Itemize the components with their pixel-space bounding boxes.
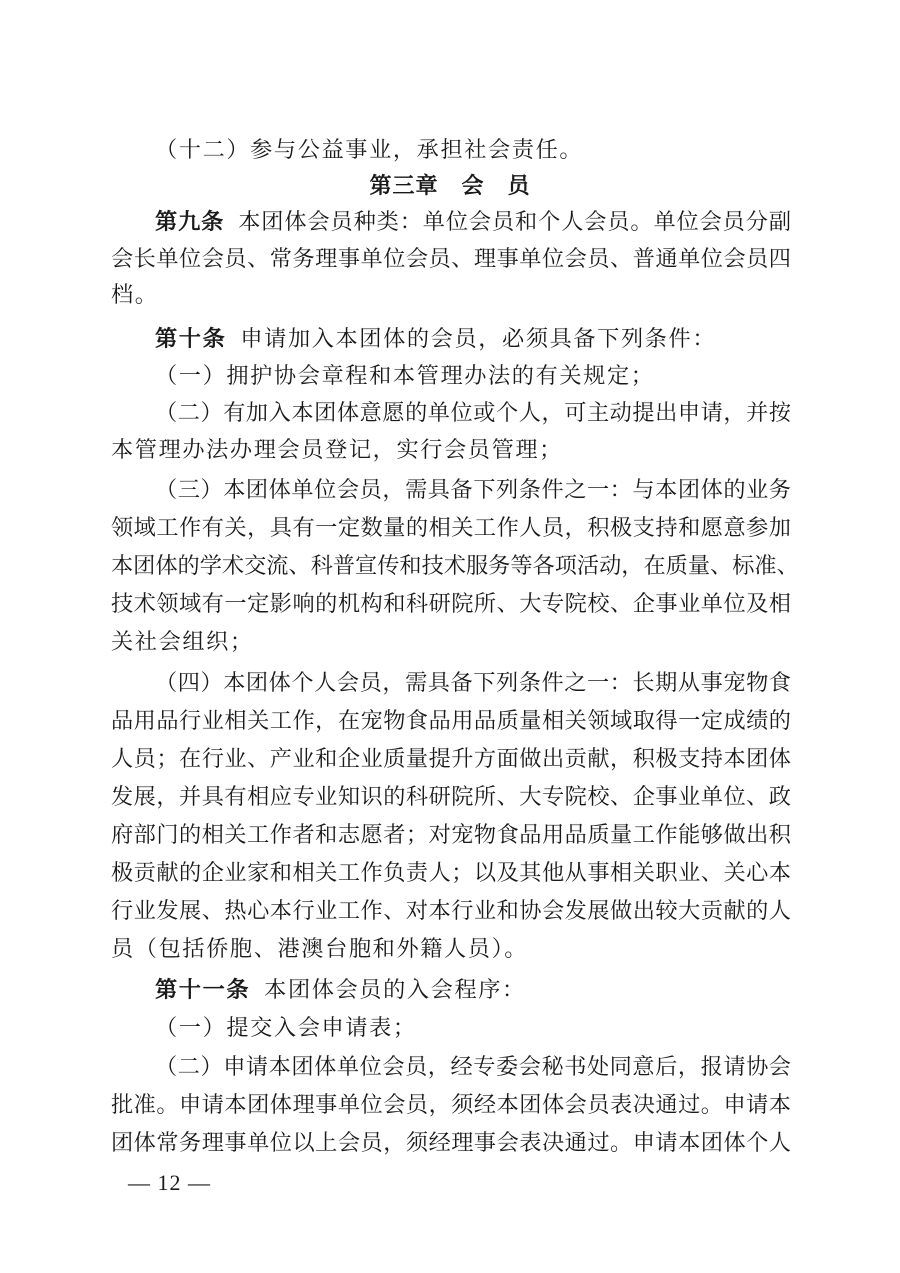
paragraph-line: 技术领域有一定影响的机构和科研院所、大专院校、企事业单位及相 [111, 586, 791, 622]
paragraph-line: 极贡献的企业家和相关工作负责人；以及其他从事相关职业、关心本 [111, 855, 791, 891]
paragraph-line: （一）提交入会申请表； [155, 1010, 791, 1046]
paragraph-line: （一）拥护协会章程和本管理办法的有关规定； [155, 358, 791, 394]
paragraph-line: 行业发展、热心本行业工作、对本行业和协会发展做出较大贡献的人 [111, 893, 791, 929]
paragraph-line: 领域工作有关，具有一定数量的相关工作人员，积极支持和愿意参加 [111, 510, 791, 546]
paragraph-line: 批准。申请本团体理事单位会员，须经本团体会员表决通过。申请本 [111, 1087, 791, 1123]
paragraph-line: 关社会组织； [111, 624, 791, 660]
paragraph-line: 发展，并具有相应专业知识的科研院所、大专院校、企事业单位、政 [111, 779, 791, 815]
paragraph-line: 团体常务理事单位以上会员，须经理事会表决通过。申请本团体个人 [111, 1125, 791, 1161]
paragraph-line: （十二）参与公益事业，承担社会责任。 [155, 132, 791, 168]
article-label: 第十一条 [155, 977, 250, 1003]
paragraph-line: 本团体的学术交流、科普宣传和技术服务等各项活动，在质量、标准、 [111, 548, 791, 584]
paragraph-line: （二）有加入本团体意愿的单位或个人，可主动提出申请，并按 [155, 395, 791, 431]
chapter-heading: 第三章 会 员 [0, 169, 900, 205]
paragraph-line: 府部门的相关工作者和志愿者；对宠物食品用品质量工作能够做出积 [111, 817, 791, 853]
article-11-line: 第十一条本团体会员的入会程序： [155, 972, 791, 1008]
paragraph-line: 品用品行业相关工作，在宠物食品用品质量相关领域取得一定成绩的 [111, 703, 791, 739]
article-label: 第十条 [155, 326, 226, 352]
paragraph-line: 人员；在行业、产业和企业质量提升方面做出贡献，积极支持本团体 [111, 741, 791, 777]
paragraph-line: 档。 [111, 277, 791, 313]
article-9-line: 第九条本团体会员种类：单位会员和个人会员。单位会员分副 [155, 204, 791, 240]
paragraph-line: 本管理办法办理会员登记，实行会员管理； [111, 432, 791, 468]
paragraph-line: （四）本团体个人会员，需具备下列条件之一：长期从事宠物食 [155, 665, 791, 701]
paragraph-line: （二）申请本团体单位会员，经专委会秘书处同意后，报请协会 [155, 1049, 791, 1085]
article-label: 第九条 [155, 209, 224, 235]
paragraph-line: （三）本团体单位会员，需具备下列条件之一：与本团体的业务 [155, 472, 791, 508]
paragraph-line: 员（包括侨胞、港澳台胞和外籍人员）。 [111, 931, 791, 967]
paragraph-line: 会长单位会员、常务理事单位会员、理事单位会员、普通单位会员四 [111, 241, 791, 277]
page-number: — 12 — [128, 1165, 211, 1201]
article-10-line: 第十条申请加入本团体的会员，必须具备下列条件： [155, 321, 791, 357]
